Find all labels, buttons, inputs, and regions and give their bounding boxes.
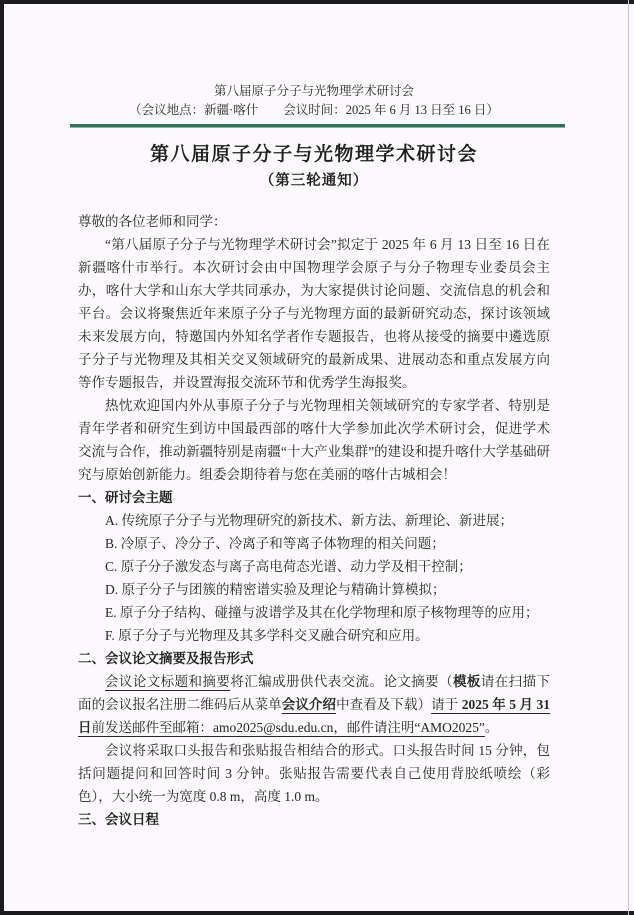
scan-edge-top: [0, 0, 634, 4]
topic-item-b: B. 冷原子、冷分子、冷离子和等离子体物理的相关问题；: [78, 532, 550, 555]
salutation: 尊敬的各位老师和同学：: [78, 210, 550, 233]
section-1-heading: 一、研讨会主题: [78, 486, 550, 509]
header-divider-line: [70, 124, 565, 128]
abstract-text: 。: [485, 720, 499, 735]
document-subtitle: （第三轮通知）: [78, 170, 550, 192]
document-body: 尊敬的各位老师和同学： “第八届原子分子与光物理学术研讨会”拟定于 2025 年…: [78, 210, 550, 831]
abstract-title-underlined: 会议论文标题和摘要: [105, 674, 230, 689]
abstract-submission-paragraph: 会议论文标题和摘要将汇编成册供代表交流。论文摘要（模板请在扫描下面的会议报名注册…: [78, 670, 550, 739]
topic-item-d: D. 原子分子与团簇的精密谱实验及理论与精确计算模拟；: [78, 578, 550, 601]
abstract-text: 将汇编成册供代表交流。论文摘要（: [230, 674, 453, 689]
topic-item-c: C. 原子分子激发态与离子高电荷态光谱、动力学及相干控制；: [78, 555, 550, 578]
template-bold: 模板: [453, 674, 481, 689]
intro-paragraph-2: 热忱欢迎国内外从事原子分子与光物理相关领域研究的专家学者、特别是青年学者和研究生…: [78, 394, 550, 486]
intro-paragraph-1: “第八届原子分子与光物理学术研讨会”拟定于 2025 年 6 月 13 日至 1…: [78, 233, 550, 394]
header-venue-dates: （会议地点：新疆·喀什 会议时间：2025 年 6 月 13 日至 16 日）: [78, 101, 550, 120]
topics-list: A. 传统原子分子与光物理研究的新技术、新方法、新理论、新进展； B. 冷原子、…: [78, 509, 550, 647]
scanned-page: 第八届原子分子与光物理学术研讨会 （会议地点：新疆·喀什 会议时间：2025 年…: [0, 0, 634, 915]
report-format-paragraph: 会议将采取口头报告和张贴报告相结合的形式。口头报告时间 15 分钟，包括问题提问…: [78, 739, 550, 808]
document-title: 第八届原子分子与光物理学术研讨会: [78, 140, 550, 170]
topic-item-f: F. 原子分子与光物理及其多学科交叉融合研究和应用。: [78, 624, 550, 647]
document-page: 第八届原子分子与光物理学术研讨会 （会议地点：新疆·喀什 会议时间：2025 年…: [0, 0, 634, 915]
section-2-heading: 二、会议论文摘要及报告形式: [78, 647, 550, 670]
section-3-heading: 三、会议日程: [78, 808, 550, 831]
topic-item-e: E. 原子分子结构、碰撞与波谱学及其在化学物理和原子核物理等的应用；: [78, 601, 550, 624]
topic-item-a: A. 传统原子分子与光物理研究的新技术、新方法、新理论、新进展；: [78, 509, 550, 532]
scan-edge-bottom: [0, 911, 634, 915]
email-instruction-underlined: 前发送邮件至邮箱：amo2025@sdu.edu.cn，邮件请注明“AMO202…: [92, 720, 485, 735]
document-header: 第八届原子分子与光物理学术研讨会 （会议地点：新疆·喀什 会议时间：2025 年…: [78, 82, 550, 120]
conference-intro-menu-link: 会议介绍: [282, 697, 336, 712]
deadline-prefix-underlined: 请于: [431, 697, 462, 712]
abstract-text: 中查看及下载）: [336, 697, 431, 712]
paper-right-edge: [628, 0, 629, 915]
scan-edge-left: [0, 0, 4, 915]
header-conference-name: 第八届原子分子与光物理学术研讨会: [78, 82, 550, 101]
